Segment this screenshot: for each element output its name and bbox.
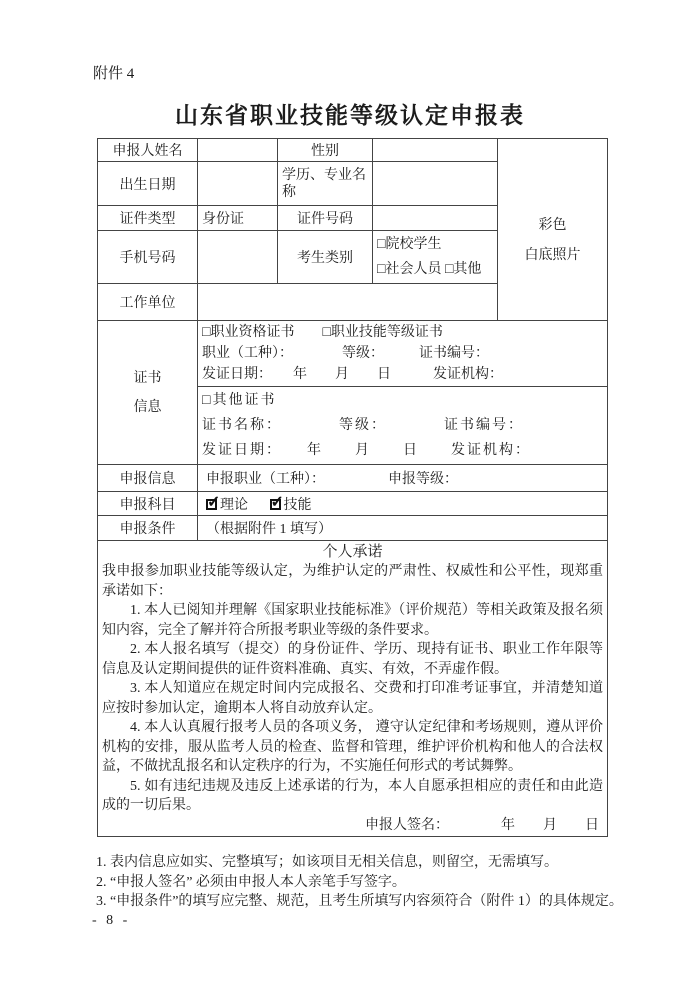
declaration-info-content: 申报职业（工种）： 申报等级： <box>198 465 608 492</box>
phone-label: 手机号码 <box>98 231 198 284</box>
birth-date-value-cell <box>198 162 278 206</box>
applicant-name-label: 申报人姓名 <box>98 139 198 162</box>
subject-theory-label: 理论 <box>220 498 248 513</box>
signature-date-placeholders: 年 月 日 <box>501 818 599 833</box>
attachment-label: 附件 4 <box>93 62 134 83</box>
condition-content: （根据附件 1 填写） <box>198 516 608 541</box>
candidate-type-options-cell: □院校学生 □社会人员 □其他 <box>373 231 498 284</box>
row-condition: 申报条件 （根据附件 1 填写） <box>98 516 608 541</box>
work-unit-label: 工作单位 <box>98 284 198 321</box>
id-number-label: 证件号码 <box>278 206 373 231</box>
subject-skill-label: 技能 <box>284 498 312 513</box>
row-commitment: 个人承诺 我申报参加职业技能等级认定，为维护认定的严肃性、权威性和公平性，现郑重… <box>98 541 608 837</box>
commitment-paragraph-4: 4. 本人认真履行报考人员的各项义务， 遵守认定纪律和考场规则，遵从评价机构的安… <box>102 718 603 777</box>
document-page: 附件 4 山东省职业技能等级认定申报表 申报人姓名 性别 彩色 白底照片 出生日… <box>0 0 700 990</box>
row-declaration-info: 申报信息 申报职业（工种）： 申报等级： <box>98 465 608 492</box>
cert-a-occupation-line: 职业（工种）： 等级： 证书编号： <box>202 343 603 364</box>
photo-placeholder: 彩色 白底照片 <box>502 211 603 271</box>
page-number: - 8 - <box>92 913 130 929</box>
education-major-label: 学历、专业名称 <box>278 162 373 206</box>
theory-checked-checkbox-icon <box>206 499 217 510</box>
declaration-info-label: 申报信息 <box>98 465 198 492</box>
phone-value-cell <box>198 231 278 284</box>
gender-value-cell <box>373 139 498 162</box>
commitment-paragraph-0: 我申报参加职业技能等级认定，为维护认定的严肃性、权威性和公平性，现郑重承诺如下： <box>102 562 603 601</box>
certificate-info-label: 证书 信息 <box>98 321 198 465</box>
certificate-block-b: □其他证书 证书名称： 等级： 证书编号： 发证日期： 年 月 日 发证机构： <box>202 388 603 463</box>
cert-b-type-option: □其他证书 <box>202 388 603 413</box>
cert-b-issue-line: 发证日期： 年 月 日 发证机构： <box>202 438 603 463</box>
id-type-value: 身份证 <box>198 206 278 231</box>
commitment-paragraph-3: 3. 本人知道应在规定时间内完成报名、交费和打印准考证事宜，并清楚知道应按时参加… <box>102 679 603 718</box>
footnotes: 1. 表内信息应如实、完整填写；如该项目无相关信息，则留空，无需填写。 2. “… <box>96 853 616 912</box>
birth-date-label: 出生日期 <box>98 162 198 206</box>
condition-label: 申报条件 <box>98 516 198 541</box>
page-title: 山东省职业技能等级认定申报表 <box>0 97 700 130</box>
signature-label: 申报人签名： <box>365 818 449 833</box>
id-type-label: 证件类型 <box>98 206 198 231</box>
row-subjects: 申报科目 理论 技能 <box>98 492 608 516</box>
photo-cell: 彩色 白底照片 <box>498 139 608 321</box>
row-applicant-name: 申报人姓名 性别 彩色 白底照片 <box>98 139 608 162</box>
application-form-table: 申报人姓名 性别 彩色 白底照片 出生日期 学历、专业名称 证件类型 <box>97 138 608 837</box>
certificate-label-line1: 证书 <box>102 364 193 393</box>
commitment-title: 个人承诺 <box>102 542 603 562</box>
certificate-block-b-cell: □其他证书 证书名称： 等级： 证书编号： 发证日期： 年 月 日 发证机构： <box>198 387 608 465</box>
commitment-paragraph-2: 2. 本人报名填写（提交）的身份证件、学历、现持有证书、职业工作年限等信息及认定… <box>102 640 603 679</box>
photo-line1: 彩色 <box>502 211 603 241</box>
certificate-block-a: □职业资格证书 □职业技能等级证书 职业（工种）： 等级： 证书编号： 发证日期… <box>202 322 603 385</box>
photo-line2: 白底照片 <box>502 241 603 271</box>
certificate-block-a-cell: □职业资格证书 □职业技能等级证书 职业（工种）： 等级： 证书编号： 发证日期… <box>198 321 608 387</box>
education-major-value-cell <box>373 162 498 206</box>
gender-label: 性别 <box>278 139 373 162</box>
cert-a-type-options: □职业资格证书 □职业技能等级证书 <box>202 322 603 343</box>
row-certificate-block-a: 证书 信息 □职业资格证书 □职业技能等级证书 职业（工种）： 等级： 证书编号… <box>98 321 608 387</box>
footnote-1: 1. 表内信息应如实、完整填写；如该项目无相关信息，则留空，无需填写。 <box>96 853 616 873</box>
candidate-option-student: □院校学生 <box>377 232 493 257</box>
skill-checked-checkbox-icon <box>270 499 281 510</box>
subjects-label: 申报科目 <box>98 492 198 516</box>
candidate-option-social-other: □社会人员 □其他 <box>377 257 493 282</box>
commitment-paragraph-1: 1. 本人已阅知并理解《国家职业技能标准》（评价规范）等相关政策及报名须知内容，… <box>102 601 603 640</box>
commitment-paragraph-5: 5. 如有违纪违规及违反上述承诺的行为，本人自愿承担相应的责任和由此造成的一切后… <box>102 777 603 816</box>
signature-line: 申报人签名：年 月 日 <box>102 816 603 836</box>
commitment-cell: 个人承诺 我申报参加职业技能等级认定，为维护认定的严肃性、权威性和公平性，现郑重… <box>98 541 608 837</box>
cert-b-name-line: 证书名称： 等级： 证书编号： <box>202 413 603 438</box>
candidate-type-label: 考生类别 <box>278 231 373 284</box>
subject-theory: 理论 <box>206 498 248 513</box>
footnote-3: 3. “申报条件”的填写应完整、规范，且考生所填写内容须符合（附件 1）的具体规… <box>96 892 616 912</box>
certificate-label-line2: 信息 <box>102 393 193 422</box>
subject-skill: 技能 <box>270 498 312 513</box>
work-unit-value-cell <box>198 284 498 321</box>
id-number-value-cell <box>373 206 498 231</box>
subjects-cell: 理论 技能 <box>198 492 608 516</box>
cert-a-issue-line: 发证日期： 年 月 日 发证机构： <box>202 364 603 385</box>
commitment-body: 我申报参加职业技能等级认定，为维护认定的严肃性、权威性和公平性，现郑重承诺如下：… <box>102 562 603 816</box>
footnote-2: 2. “申报人签名” 必须由申报人本人亲笔手写签字。 <box>96 873 616 893</box>
applicant-name-value-cell <box>198 139 278 162</box>
